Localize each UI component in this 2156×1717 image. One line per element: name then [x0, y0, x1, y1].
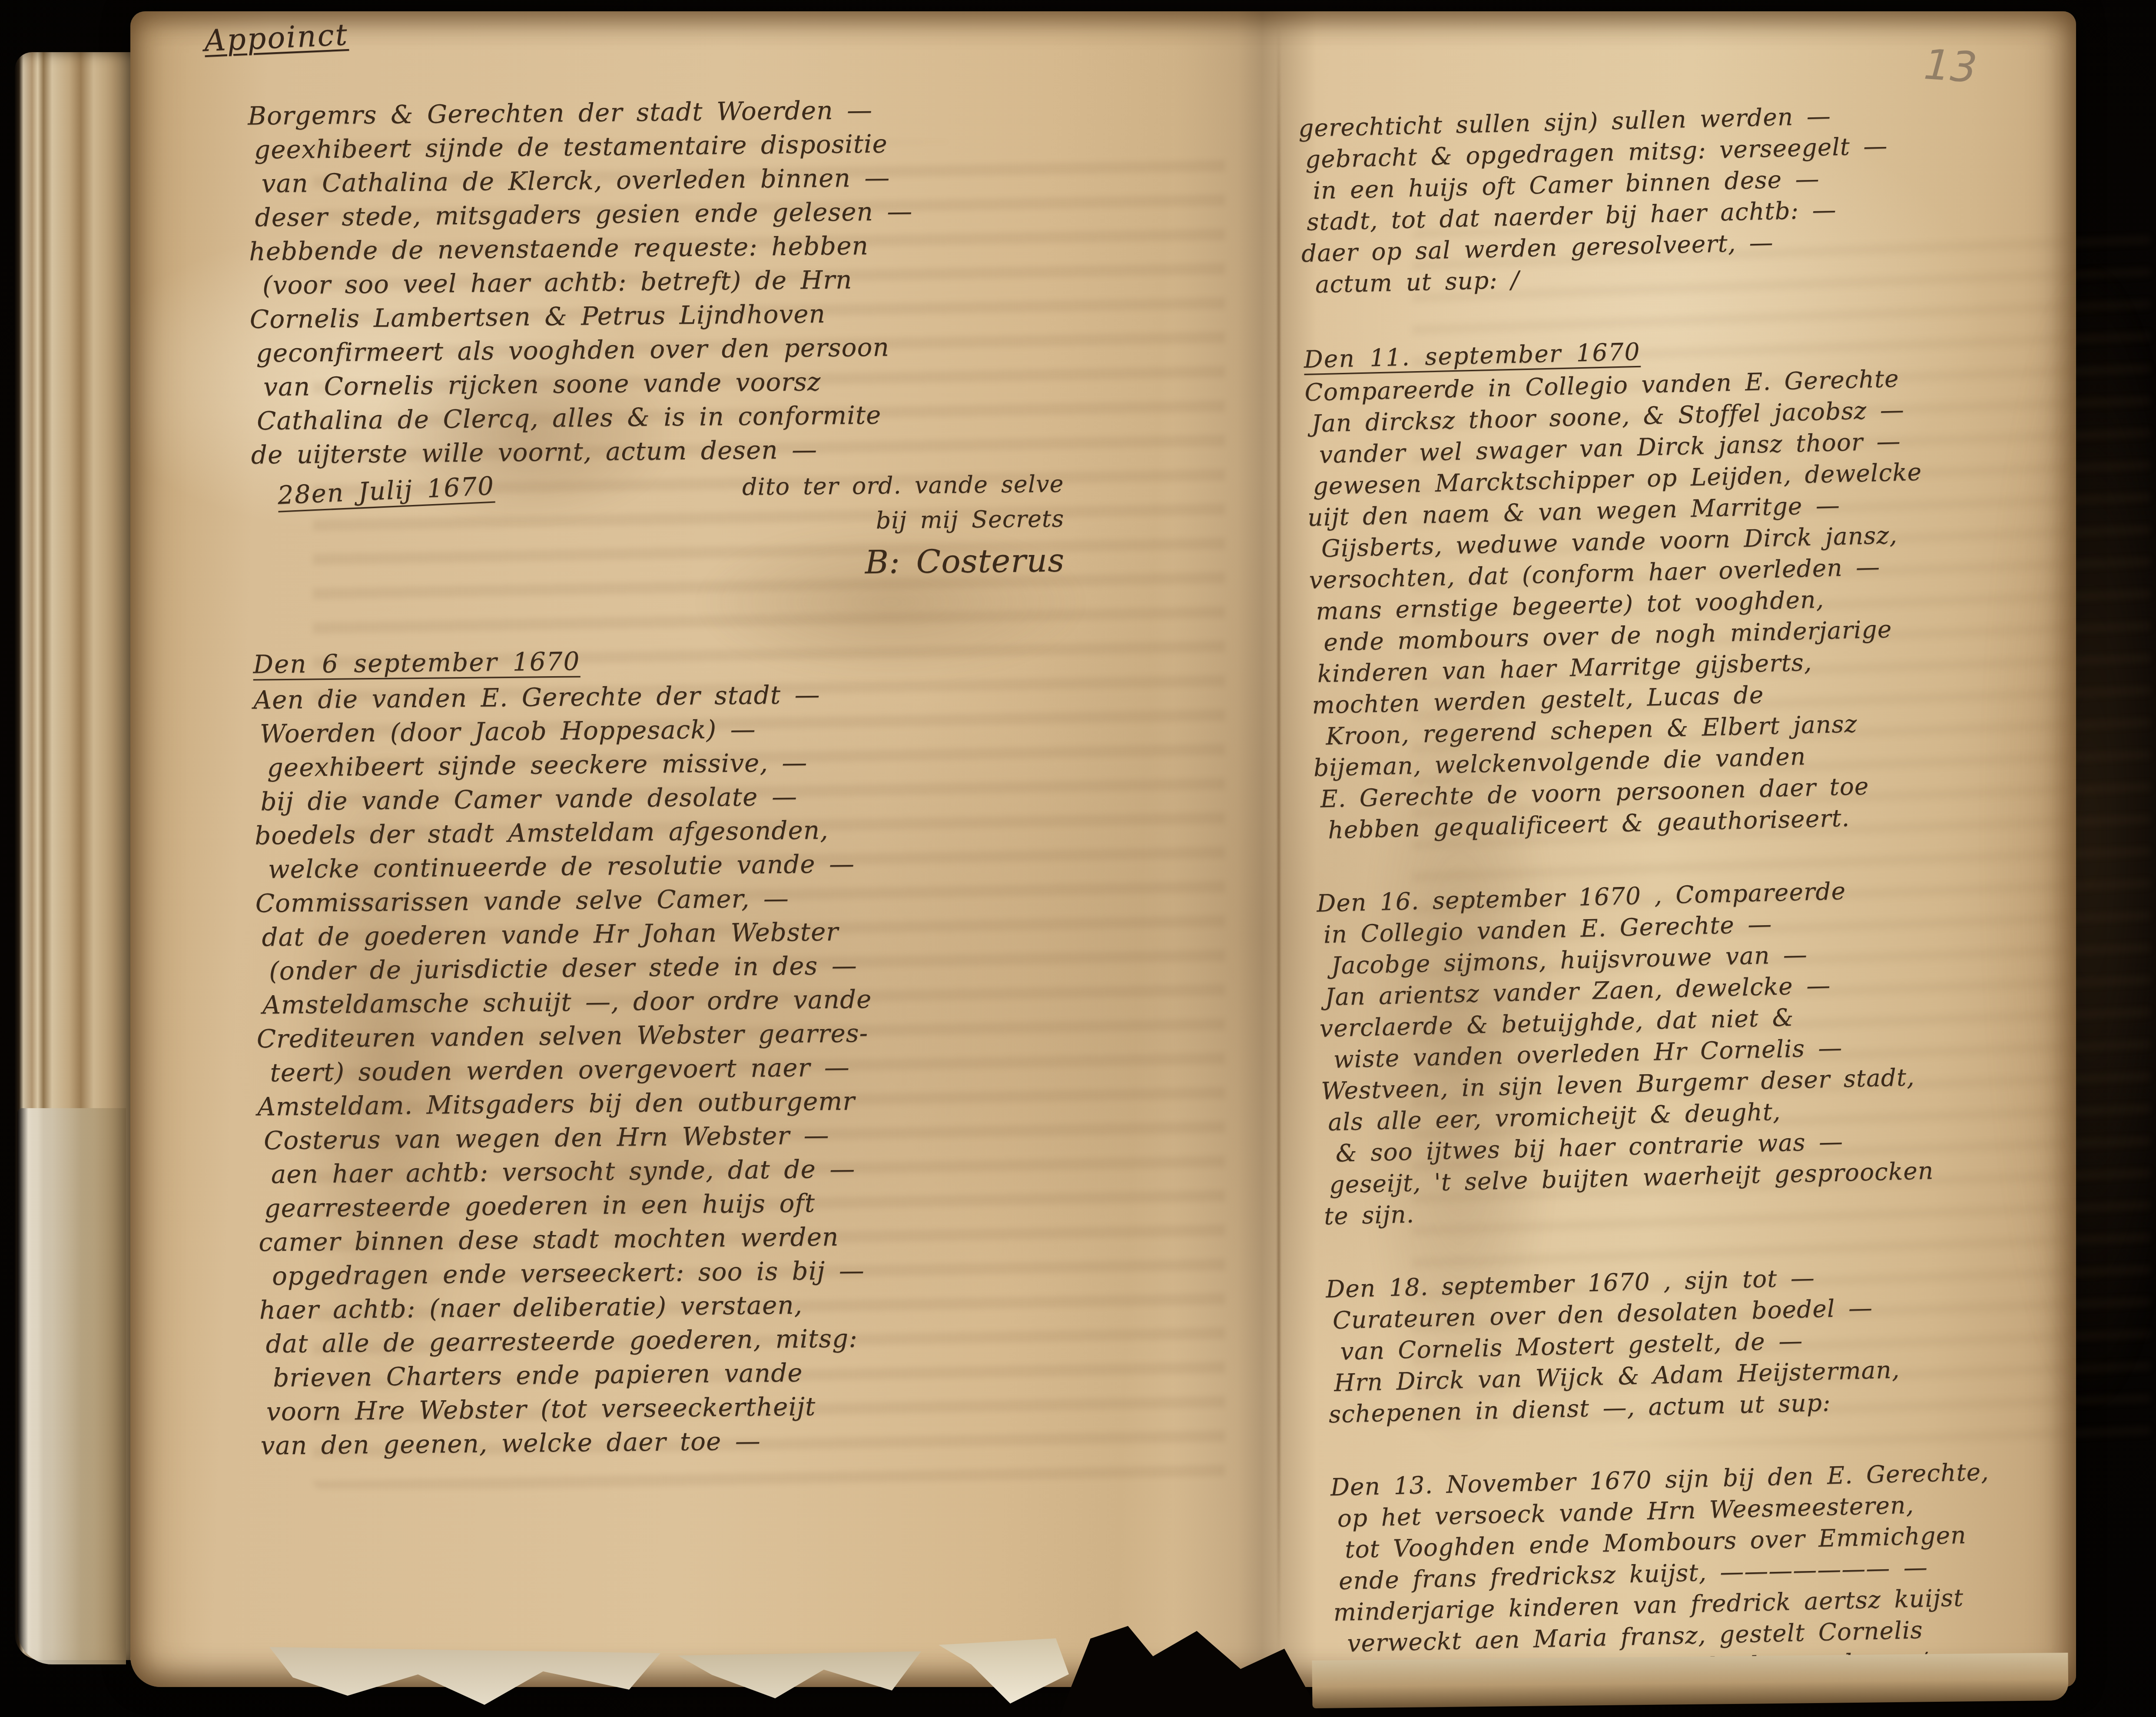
- entry-body: Den 18. september 1670 , sijn tot —Curat…: [1325, 1255, 2093, 1430]
- entry-11-september-1670: Den 11. september 1670 Compareerde in Co…: [1304, 324, 2080, 846]
- entry-body: Aen die vanden E. Gerechte der stadt —Wo…: [253, 674, 1134, 1462]
- manuscript-line: B: Costerus: [756, 539, 1065, 585]
- signature-block: dito ter ord. vande selvebij mij Secrets…: [742, 466, 1126, 585]
- left-page-text: Borgemrs & Gerechten der stadt Woerden —…: [248, 90, 1134, 1462]
- manuscript-photo: Appoinct 13 Borgemrs & Gerechten der sta…: [0, 0, 2156, 1717]
- page-number: 13: [1922, 40, 1979, 92]
- entry-confirmation-voogden: Borgemrs & Gerechten der stadt Woerden —…: [248, 90, 1126, 590]
- margin-note-appoinct: Appoinct: [203, 18, 349, 58]
- bottom-page-edges: [1312, 1653, 2068, 1708]
- entry-6-september-1670: Den 6 september 1670 Aen die vanden E. G…: [253, 637, 1134, 1462]
- entry-16-september-1670: Den 16. september 1670 , Compareerdein C…: [1316, 870, 2089, 1232]
- entry-body: Borgemrs & Gerechten der stadt Woerden —…: [248, 90, 1124, 472]
- right-page-text: gerechticht sullen sijn) sullen werden —…: [1298, 95, 2100, 1690]
- entry-continuation: gerechticht sullen sijn) sullen werden —…: [1298, 95, 2067, 300]
- entry-18-september-1670: Den 18. september 1670 , sijn tot —Curat…: [1325, 1255, 2093, 1430]
- left-page-edges-lower: [17, 1108, 126, 1664]
- entry-body: Den 16. september 1670 , Compareerdein C…: [1316, 870, 2089, 1232]
- entry-body: gerechticht sullen sijn) sullen werden —…: [1298, 95, 2067, 300]
- manuscript-line: dito ter ord. vande selve: [742, 467, 1064, 505]
- manuscript-line: bij mij Secrets: [748, 501, 1064, 539]
- entry-date: 28en Julij 1670: [277, 468, 495, 513]
- entry-body: Compareerde in Collegio vanden E. Gerech…: [1304, 359, 2080, 846]
- date-signature-row: 28en Julij 1670 dito ter ord. vande selv…: [251, 466, 1125, 590]
